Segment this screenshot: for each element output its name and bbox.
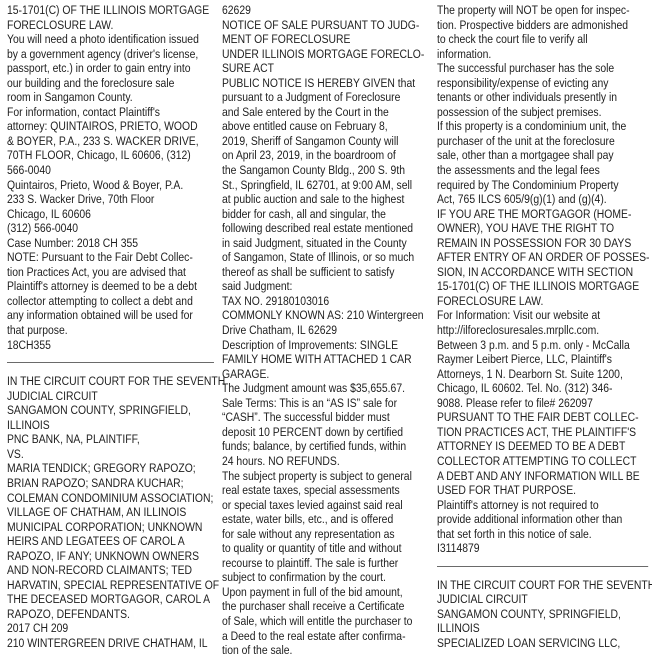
notice-text-line: Quintairos, Prieto, Wood & Boyer, P.A.: [7, 178, 217, 193]
notice-text-line: For Information: Visit our website at: [437, 308, 647, 323]
notice-text-line: BRIAN RAPOZO; SANDRA KUCHAR;: [7, 476, 217, 491]
notice-text-line: Act, 765 ILCS 605/9(g)(1) and (g)(4).: [437, 192, 647, 207]
notice-text-line: the assessments and the legal fees: [437, 163, 647, 178]
legal-notices-page: 15-1701(C) OF THE ILLINOIS MORTGAGEFOREC…: [0, 0, 652, 666]
notice-text-line: (312) 566-0040: [7, 221, 217, 236]
notice-text-line: VS.: [7, 447, 217, 462]
notice-text-line: estate, water bills, etc., and is offere…: [222, 512, 432, 527]
notice-text-line: funds; balance, by certified funds, with…: [222, 439, 432, 454]
notice-text-line: MUNICIPAL CORPORATION; UNKNOWN: [7, 520, 217, 535]
column-2: 62629NOTICE OF SALE PURSUANT TO JUDG-MEN…: [222, 3, 432, 658]
notice-text-line: to quality or quantity of title and with…: [222, 541, 432, 556]
notice-text-line: 2019, Sheriff of Sangamon County will: [222, 134, 432, 149]
notice-specialized-loan-header: IN THE CIRCUIT COURT FOR THE SEVENTHJUDI…: [437, 578, 647, 651]
notice-text-line: Case Number: 2018 CH 355: [7, 236, 217, 251]
notice-text-line: 24 hours. NO REFUNDS.: [222, 454, 432, 469]
column-3: The property will NOT be open for inspec…: [437, 3, 647, 651]
notice-text-line: a Deed to the real estate after confirma…: [222, 629, 432, 644]
notice-text-line: OWNER), YOU HAVE THE RIGHT TO: [437, 221, 647, 236]
notice-text-line: “CASH”. The successful bidder must: [222, 410, 432, 425]
notice-text-line: 62629: [222, 3, 432, 18]
notice-text-line: sale, other than a mortgagee shall pay: [437, 148, 647, 163]
notice-text-line: pursuant to a Judgment of Foreclosure: [222, 90, 432, 105]
notice-text-line: Between 3 p.m. and 5 p.m. only - McCalla: [437, 338, 647, 353]
notice-text-line: that set forth in this notice of sale.: [437, 527, 647, 542]
notice-text-line: TION PRACTICES ACT, THE PLAINTIFF'S: [437, 425, 647, 440]
notice-text-line: USED FOR THAT PURPOSE.: [437, 483, 647, 498]
notice-text-line: I3114879: [437, 541, 647, 556]
notice-text-line: SPECIALIZED LOAN SERVICING LLC,: [437, 636, 647, 651]
notice-text-line: recourse to plaintiff. The sale is furth…: [222, 556, 432, 571]
notice-text-line: provide additional information other tha…: [437, 512, 647, 527]
notice-text-line: TAX NO. 29180103016: [222, 294, 432, 309]
notice-text-line: possession of the subject premises.: [437, 105, 647, 120]
notice-text-line: For information, contact Plaintiff's: [7, 105, 217, 120]
notice-divider: [437, 566, 648, 567]
notice-text-line: THE DECEASED MORTGAGOR, CAROL A: [7, 592, 217, 607]
notice-text-line: 566-0040: [7, 163, 217, 178]
notice-text-line: If this property is a condominium unit, …: [437, 119, 647, 134]
notice-text-line: The successful purchaser has the sole: [437, 61, 647, 76]
notice-text-line: Chicago, IL 60602. Tel. No. (312) 346-: [437, 381, 647, 396]
notice-text-line: AFTER ENTRY OF AN ORDER OF POSSES-: [437, 250, 647, 265]
notice-text-line: 210 WINTERGREEN DRIVE CHATHAM, IL: [7, 636, 217, 651]
notice-text-line: tenants or other individuals presently i…: [437, 90, 647, 105]
notice-text-line: said Judgment:: [222, 279, 432, 294]
notice-text-line: to check the court file to verify all: [437, 32, 647, 47]
notice-text-line: IN THE CIRCUIT COURT FOR THE SEVENTH: [437, 578, 647, 593]
notice-text-line: subject to confirmation by the court.: [222, 570, 432, 585]
notice-text-line: that purpose.: [7, 323, 217, 338]
notice-text-line: 9088. Please refer to file# 262097: [437, 396, 647, 411]
notice-text-line: COMMONLY KNOWN AS: 210 Wintergreen: [222, 308, 432, 323]
notice-text-line: at public auction and sale to the highes…: [222, 192, 432, 207]
notice-text-line: ILLINOIS: [437, 621, 647, 636]
notice-text-line: above entitled cause on February 8,: [222, 119, 432, 134]
notice-text-line: Attorneys, 1 N. Dearborn St. Suite 1200,: [437, 367, 647, 382]
notice-text-line: COLLECTOR ATTEMPTING TO COLLECT: [437, 454, 647, 469]
notice-text-line: on April 23, 2019, in the boardroom of: [222, 148, 432, 163]
notice-text-line: attorney: QUINTAIROS, PRIETO, WOOD: [7, 119, 217, 134]
notice-text-line: PNC BANK, NA, PLAINTIFF,: [7, 432, 217, 447]
notice-text-line: Chicago, IL 60606: [7, 207, 217, 222]
notice-pnc-bank-terms: The property will NOT be open for inspec…: [437, 3, 647, 556]
notice-text-line: RAPOZO, DEFENDANTS.: [7, 607, 217, 622]
notice-text-line: The property will NOT be open for inspec…: [437, 3, 647, 18]
notice-text-line: 15-1701(C) OF THE ILLINOIS MORTGAGE: [7, 3, 217, 18]
notice-text-line: NOTICE OF SALE PURSUANT TO JUDG-: [222, 18, 432, 33]
notice-text-line: real estate taxes, special assessments: [222, 483, 432, 498]
notice-text-line: deposit 10 PERCENT down by certified: [222, 425, 432, 440]
notice-text-line: Upon payment in full of the bid amount,: [222, 585, 432, 600]
column-1: 15-1701(C) OF THE ILLINOIS MORTGAGEFOREC…: [7, 3, 217, 651]
notice-pnc-bank-body: 62629NOTICE OF SALE PURSUANT TO JUDG-MEN…: [222, 3, 432, 658]
notice-text-line: by a government agency (driver's license…: [7, 47, 217, 62]
notice-text-line: MARIA TENDICK; GREGORY RAPOZO;: [7, 461, 217, 476]
notice-text-line: room in Sangamon County.: [7, 90, 217, 105]
notice-text-line: 70TH FLOOR, Chicago, IL 60606, (312): [7, 148, 217, 163]
notice-text-line: The subject property is subject to gener…: [222, 469, 432, 484]
notice-text-line: any information obtained will be used fo…: [7, 308, 217, 323]
notice-text-line: 18CH355: [7, 338, 217, 353]
notice-text-line: COLEMAN CONDOMINIUM ASSOCIATION;: [7, 491, 217, 506]
notice-text-line: MENT OF FORECLOSURE: [222, 32, 432, 47]
notice-text-line: AND NON-RECORD CLAIMANTS; TED: [7, 563, 217, 578]
notice-text-line: JUDICIAL CIRCUIT: [7, 389, 217, 404]
notice-text-line: information.: [437, 47, 647, 62]
notice-text-line: SANGAMON COUNTY, SPRINGFIELD,: [7, 403, 217, 418]
notice-text-line: PURSUANT TO THE FAIR DEBT COLLEC-: [437, 410, 647, 425]
notice-text-line: Plaintiff's attorney is not required to: [437, 498, 647, 513]
notice-text-line: Plaintiff's attorney is deemed to be a d…: [7, 279, 217, 294]
notice-text-line: HARVATIN, SPECIAL REPRESENTATIVE OF: [7, 578, 217, 593]
notice-text-line: A DEBT AND ANY INFORMATION WILL BE: [437, 469, 647, 484]
notice-text-line: in said Judgment, situated in the County: [222, 236, 432, 251]
notice-text-line: Description of Improvements: SINGLE: [222, 338, 432, 353]
notice-text-line: Drive Chatham, IL 62629: [222, 323, 432, 338]
notice-text-line: The Judgment amount was $35,655.67.: [222, 381, 432, 396]
notice-text-line: Sale Terms: This is an “AS IS” sale for: [222, 396, 432, 411]
notice-text-line: collector attempting to collect a debt a…: [7, 294, 217, 309]
notice-text-line: http://ilforeclosuresales.mrpllc.com.: [437, 323, 647, 338]
notice-text-line: tion. Prospective bidders are admonished: [437, 18, 647, 33]
notice-text-line: and Sale entered by the Court in the: [222, 105, 432, 120]
notice-text-line: or special taxes levied against said rea…: [222, 498, 432, 513]
notice-text-line: the Sangamon County Bldg., 200 S. 9th: [222, 163, 432, 178]
notice-text-line: SANGAMON COUNTY, SPRINGFIELD,: [437, 607, 647, 622]
notice-text-line: SION, IN ACCORDANCE WITH SECTION: [437, 265, 647, 280]
notice-divider: [7, 362, 214, 363]
notice-text-line: VILLAGE OF CHATHAM, AN ILLINOIS: [7, 505, 217, 520]
notice-text-line: of Sale, which will entitle the purchase…: [222, 614, 432, 629]
notice-end-previous: 15-1701(C) OF THE ILLINOIS MORTGAGEFOREC…: [7, 3, 217, 352]
notice-text-line: ILLINOIS: [7, 418, 217, 433]
notice-text-line: PUBLIC NOTICE IS HEREBY GIVEN that: [222, 76, 432, 91]
notice-text-line: GARAGE.: [222, 367, 432, 382]
notice-text-line: 15-1701(C) OF THE ILLINOIS MORTGAGE: [437, 279, 647, 294]
notice-text-line: REMAIN IN POSSESSION FOR 30 DAYS: [437, 236, 647, 251]
notice-text-line: Raymer Leibert Pierce, LLC, Plaintiff's: [437, 352, 647, 367]
notice-text-line: SURE ACT: [222, 61, 432, 76]
notice-text-line: tion Practices Act, you are advised that: [7, 265, 217, 280]
notice-text-line: our building and the foreclosure sale: [7, 76, 217, 91]
notice-text-line: required by The Condominium Property: [437, 178, 647, 193]
notice-pnc-bank-header: IN THE CIRCUIT COURT FOR THE SEVENTHJUDI…: [7, 374, 217, 650]
notice-text-line: RAPOZO, IF ANY; UNKNOWN OWNERS: [7, 549, 217, 564]
notice-text-line: purchaser of the unit at the foreclosure: [437, 134, 647, 149]
notice-text-line: HEIRS AND LEGATEES OF CAROL A: [7, 534, 217, 549]
notice-text-line: St., Springfield, IL 62701, at 9:00 AM, …: [222, 178, 432, 193]
notice-text-line: NOTE: Pursuant to the Fair Debt Collec-: [7, 250, 217, 265]
notice-text-line: ATTORNEY IS DEEMED TO BE A DEBT: [437, 439, 647, 454]
notice-text-line: JUDICIAL CIRCUIT: [437, 592, 647, 607]
notice-text-line: FORECLOSURE LAW.: [437, 294, 647, 309]
notice-text-line: 2017 CH 209: [7, 621, 217, 636]
notice-text-line: 233 S. Wacker Drive, 70th Floor: [7, 192, 217, 207]
notice-text-line: the purchaser shall receive a Certificat…: [222, 599, 432, 614]
notice-text-line: responsibility/expense of evicting any: [437, 76, 647, 91]
notice-text-line: & BOYER, P.A., 233 S. WACKER DRIVE,: [7, 134, 217, 149]
notice-text-line: bidder for cash, all and singular, the: [222, 207, 432, 222]
notice-text-line: UNDER ILLINOIS MORTGAGE FORECLO-: [222, 47, 432, 62]
notice-text-line: tion of the sale.: [222, 643, 432, 658]
notice-text-line: of Sangamon, State of Illinois, or so mu…: [222, 250, 432, 265]
notice-text-line: FAMILY HOME WITH ATTACHED 1 CAR: [222, 352, 432, 367]
notice-text-line: IF YOU ARE THE MORTGAGOR (HOME-: [437, 207, 647, 222]
notice-text-line: IN THE CIRCUIT COURT FOR THE SEVENTH: [7, 374, 217, 389]
notice-text-line: passport, etc.) in order to gain entry i…: [7, 61, 217, 76]
notice-text-line: FORECLOSURE LAW.: [7, 18, 217, 33]
notice-text-line: thereof as shall be sufficient to satisf…: [222, 265, 432, 280]
notice-text-line: You will need a photo identification iss…: [7, 32, 217, 47]
notice-text-line: following described real estate mentione…: [222, 221, 432, 236]
notice-text-line: for sale without any representation as: [222, 527, 432, 542]
